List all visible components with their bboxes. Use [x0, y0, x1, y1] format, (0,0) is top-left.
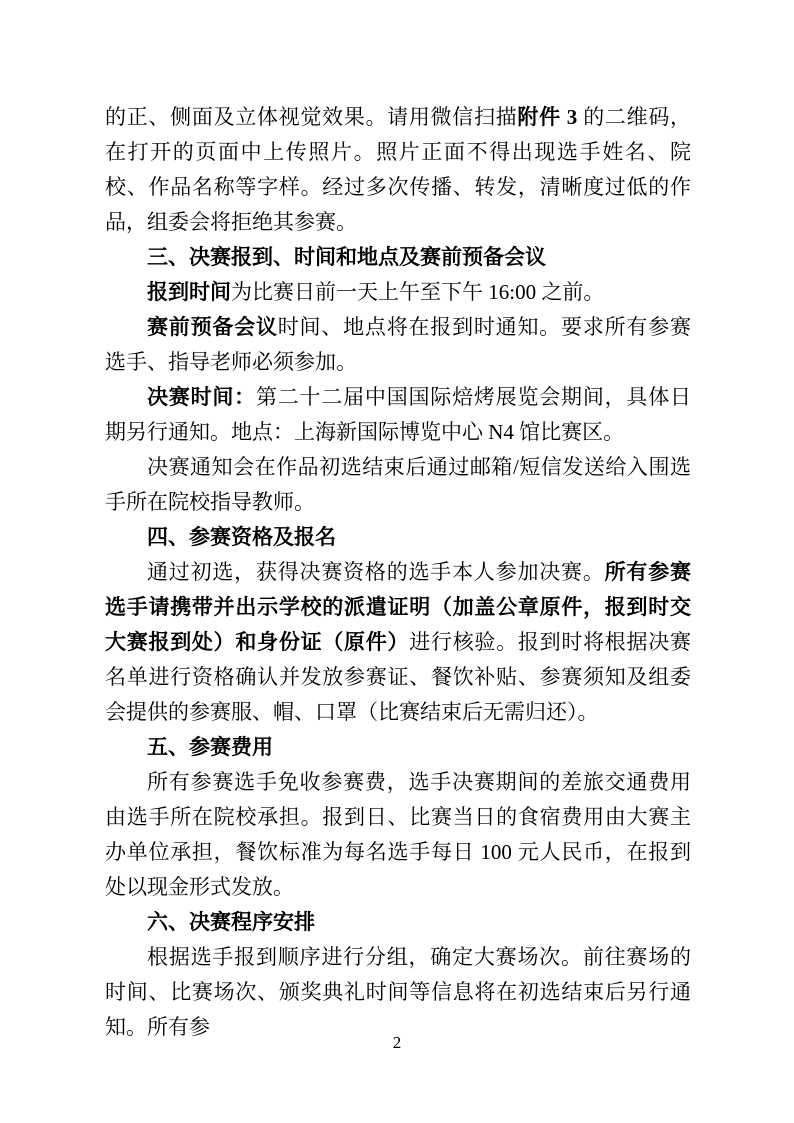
bold-text-segment: 报到时间	[147, 280, 231, 304]
paragraph: 根据选手报到顺序进行分组，确定大赛场次。前往赛场的时间、比赛场次、颁奖典礼时间等…	[105, 940, 691, 1045]
bold-text-segment: 附件 3	[517, 105, 577, 129]
section-heading: 三、决赛报到、时间和地点及赛前预备会议	[105, 240, 691, 275]
text-segment: 根据选手报到顺序进行分组，确定大赛场次。前往赛场的时间、比赛场次、颁奖典礼时间等…	[105, 945, 691, 1039]
document-page: 的正、侧面及立体视觉效果。请用微信扫描附件 3 的二维码，在打开的页面中上传照片…	[0, 0, 794, 1123]
text-segment: 为比赛日前一天上午至下午 16:00 之前。	[231, 280, 604, 304]
page-number: 2	[0, 1032, 794, 1054]
paragraph: 通过初选，获得决赛资格的选手本人参加决赛。所有参赛选手请携带并出示学校的派遣证明…	[105, 555, 691, 730]
text-segment: 决赛通知会在作品初选结束后通过邮箱/短信发送给入围选手所在院校指导教师。	[105, 455, 691, 514]
text-segment: 通过初选，获得决赛资格的选手本人参加决赛。	[147, 560, 605, 584]
paragraph: 决赛通知会在作品初选结束后通过邮箱/短信发送给入围选手所在院校指导教师。	[105, 450, 691, 520]
bold-text-segment: 六、决赛程序安排	[147, 910, 315, 934]
bold-text-segment: 赛前预备会议	[147, 315, 278, 339]
bold-text-segment: 三、决赛报到、时间和地点及赛前预备会议	[147, 245, 546, 269]
text-segment: 的正、侧面及立体视觉效果。请用微信扫描	[105, 105, 517, 129]
bold-text-segment: 四、参赛资格及报名	[147, 525, 336, 549]
text-segment: 所有参赛选手免收参赛费，选手决赛期间的差旅交通费用由选手所在院校承担。报到日、比…	[105, 770, 691, 899]
paragraph: 决赛时间：第二十二届中国国际焙烤展览会期间，具体日期另行通知。地点：上海新国际博…	[105, 380, 691, 450]
section-heading: 四、参赛资格及报名	[105, 520, 691, 555]
bold-text-segment: 决赛时间：	[147, 385, 256, 409]
section-heading: 六、决赛程序安排	[105, 905, 691, 940]
paragraph: 报到时间为比赛日前一天上午至下午 16:00 之前。	[105, 275, 691, 310]
bold-text-segment: 五、参赛费用	[147, 735, 273, 759]
paragraph: 的正、侧面及立体视觉效果。请用微信扫描附件 3 的二维码，在打开的页面中上传照片…	[105, 100, 691, 240]
paragraph: 所有参赛选手免收参赛费，选手决赛期间的差旅交通费用由选手所在院校承担。报到日、比…	[105, 765, 691, 905]
section-heading: 五、参赛费用	[105, 730, 691, 765]
document-body: 的正、侧面及立体视觉效果。请用微信扫描附件 3 的二维码，在打开的页面中上传照片…	[105, 100, 691, 1045]
paragraph: 赛前预备会议时间、地点将在报到时通知。要求所有参赛选手、指导老师必须参加。	[105, 310, 691, 380]
